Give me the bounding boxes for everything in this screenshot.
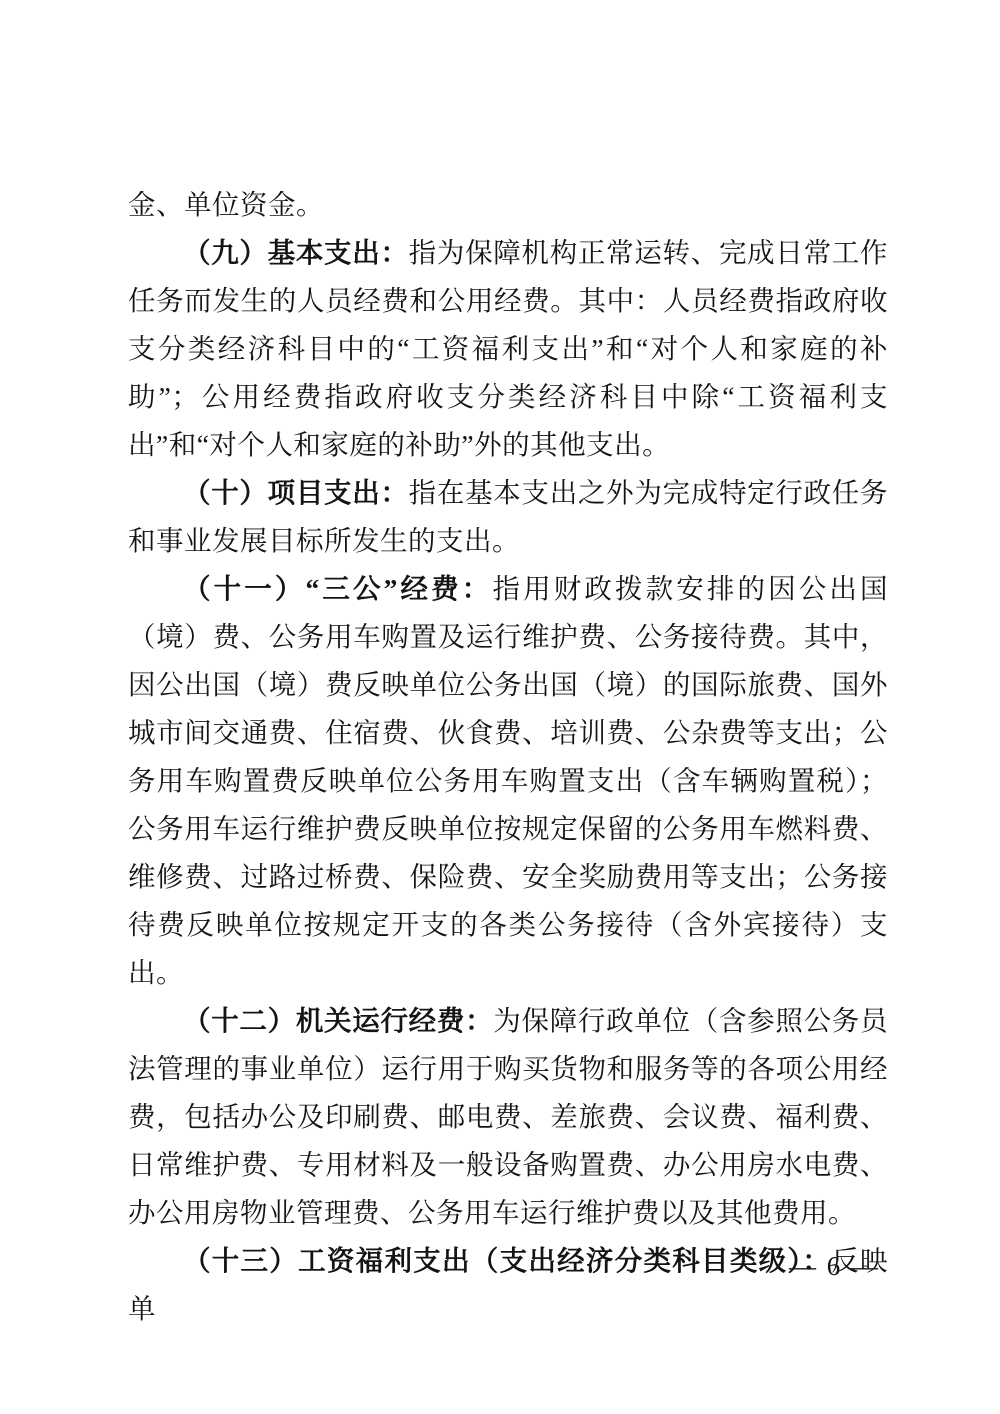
page-number: — 6 — (789, 1250, 880, 1282)
paragraph-lead: （九）基本支出： (183, 237, 409, 268)
paragraph-lead: （十三）工资福利支出（支出经济分类科目类级）： (183, 1245, 831, 1276)
paragraph-continuation: 金、单位资金。 (128, 181, 888, 229)
paragraph-text: 指为保障机构正常运转、完成日常工作任务而发生的人员经费和公用经费。其中：人员经费… (128, 237, 888, 460)
paragraph-text: 金、单位资金。 (128, 189, 324, 220)
paragraph-item-12-agency-operating-funds: （十二）机关运行经费：为保障行政单位（含参照公务员法管理的事业单位）运行用于购买… (128, 997, 888, 1237)
paragraph-item-11-three-public-funds: （十一）“三公”经费：指用财政拨款安排的因公出国（境）费、公务用车购置及运行维护… (128, 565, 888, 997)
paragraph-item-10-project-expenditure: （十）项目支出：指在基本支出之外为完成特定行政任务和事业发展目标所发生的支出。 (128, 469, 888, 565)
document-page: 金、单位资金。 （九）基本支出：指为保障机构正常运转、完成日常工作任务而发生的人… (0, 0, 1000, 1414)
document-body: 金、单位资金。 （九）基本支出：指为保障机构正常运转、完成日常工作任务而发生的人… (128, 181, 888, 1333)
paragraph-text: 指用财政拨款安排的因公出国（境）费、公务用车购置及运行维护费、公务接待费。其中，… (128, 573, 888, 988)
paragraph-text: 为保障行政单位（含参照公务员法管理的事业单位）运行用于购买货物和服务等的各项公用… (128, 1005, 888, 1228)
paragraph-item-9-basic-expenditure: （九）基本支出：指为保障机构正常运转、完成日常工作任务而发生的人员经费和公用经费… (128, 229, 888, 469)
paragraph-lead: （十二）机关运行经费： (183, 1005, 493, 1036)
paragraph-item-13-wage-welfare-expenditure: （十三）工资福利支出（支出经济分类科目类级）：反映单 (128, 1237, 888, 1333)
paragraph-lead: （十）项目支出： (183, 477, 409, 508)
paragraph-lead: （十一）“三公”经费： (183, 573, 492, 604)
